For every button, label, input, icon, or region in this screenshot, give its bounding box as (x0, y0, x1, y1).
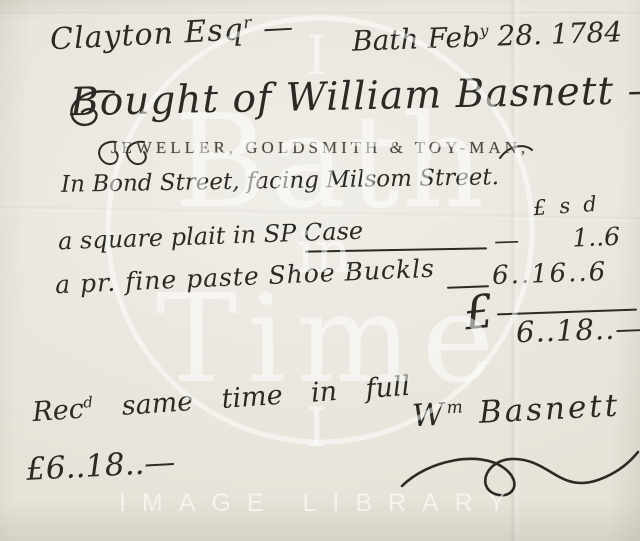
receipt-scan: Clayton Esqr — Bath Feby 28. 1784 Bought… (0, 0, 640, 541)
watermark-ring-icon (0, 0, 640, 541)
